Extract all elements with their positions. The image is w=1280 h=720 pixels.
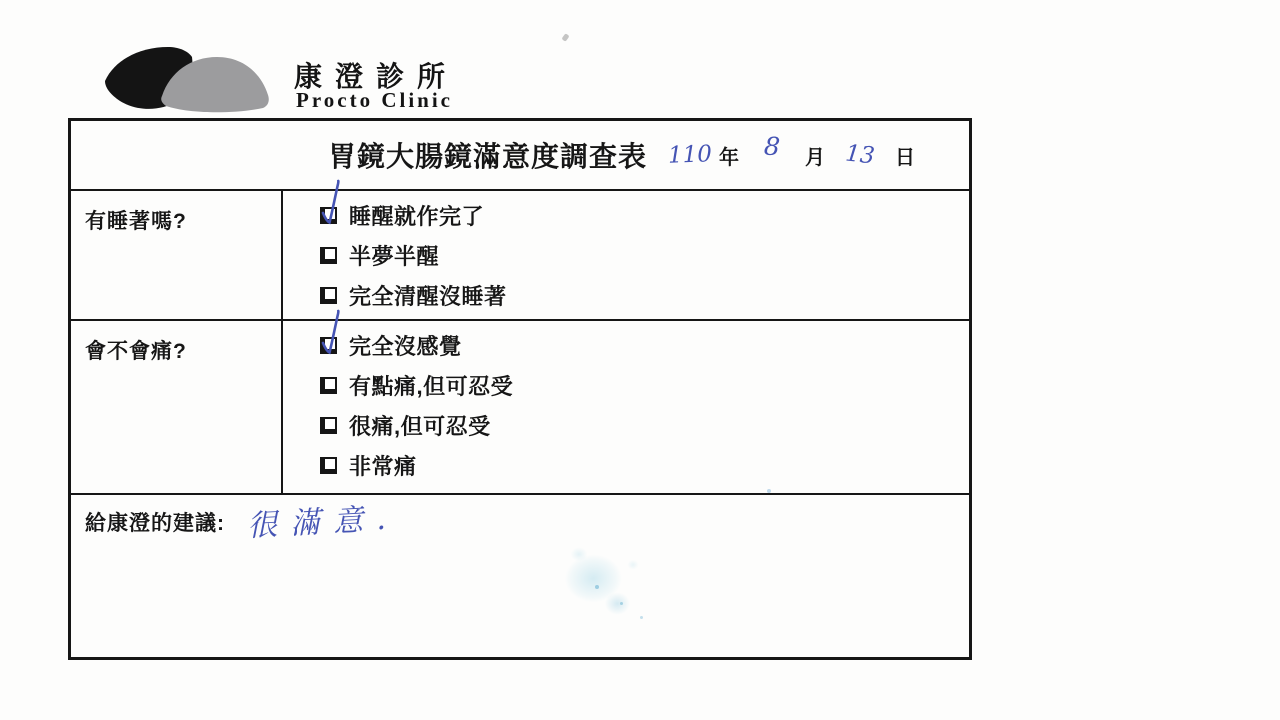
- question-label: 有睡著嗎?: [85, 210, 187, 233]
- option-row: 完全沒感覺: [320, 332, 969, 358]
- suggestion-label: 給康澄的建議:: [85, 507, 225, 537]
- question-label: 會不會痛?: [85, 340, 187, 363]
- option-label: 完全沒感覺: [349, 330, 462, 361]
- month-label: 月: [805, 141, 825, 170]
- survey-table: 胃鏡大腸鏡滿意度調查表 110 年 8 月 13 日 有睡著嗎?: [68, 118, 972, 660]
- checkbox: [320, 337, 337, 354]
- option-label: 半夢半醒: [349, 240, 439, 271]
- date-group: 110 年 8 月 13 日: [661, 141, 915, 170]
- day-label: 日: [895, 141, 915, 170]
- handwritten-suggestion: 很滿意.: [246, 493, 400, 545]
- checkbox: [320, 417, 337, 434]
- option-label: 完全清醒沒睡著: [349, 280, 507, 311]
- option-row: 很痛,但可忍受: [320, 412, 969, 438]
- year-label: 年: [719, 141, 739, 170]
- option-label: 很痛,但可忍受: [349, 410, 491, 441]
- option-row: 非常痛: [320, 452, 969, 478]
- clinic-name-en: Procto Clinic: [296, 88, 453, 113]
- question-cell: 有睡著嗎?: [71, 191, 283, 319]
- title-row: 胃鏡大腸鏡滿意度調查表 110 年 8 月 13 日: [71, 121, 969, 191]
- scanned-survey-form: 康澄診所 Procto Clinic 胃鏡大腸鏡滿意度調查表 110 年 8 月…: [0, 0, 1280, 720]
- option-row: 睡醒就作完了: [320, 202, 969, 228]
- option-label: 有點痛,但可忍受: [349, 370, 513, 401]
- option-row: 半夢半醒: [320, 242, 969, 268]
- dust-speck: [561, 33, 569, 42]
- handwritten-year: 110: [661, 141, 720, 169]
- option-label: 非常痛: [349, 450, 417, 481]
- option-label: 睡醒就作完了: [349, 200, 484, 231]
- clinic-logo: [98, 44, 276, 118]
- checkbox: [320, 377, 337, 394]
- question-cell: 會不會痛?: [71, 321, 283, 493]
- options-cell: 睡醒就作完了 半夢半醒 完全清醒沒睡: [283, 191, 969, 319]
- handwritten-day: 13: [824, 138, 896, 171]
- handwritten-month: 8: [738, 129, 806, 163]
- checkbox: [320, 247, 337, 264]
- option-row: 有點痛,但可忍受: [320, 372, 969, 398]
- suggestion-row: 給康澄的建議: 很滿意.: [71, 495, 969, 657]
- options-cell: 完全沒感覺 有點痛,但可忍受 很痛,: [283, 321, 969, 493]
- checkbox: [320, 207, 337, 224]
- question-row-sleep: 有睡著嗎? 睡醒就作完了: [71, 191, 969, 321]
- checkbox: [320, 457, 337, 474]
- question-row-pain: 會不會痛? 完全沒感覺 有: [71, 321, 969, 495]
- form-title: 胃鏡大腸鏡滿意度調查表: [328, 135, 647, 175]
- checkbox: [320, 287, 337, 304]
- option-row: 完全清醒沒睡著: [320, 282, 969, 308]
